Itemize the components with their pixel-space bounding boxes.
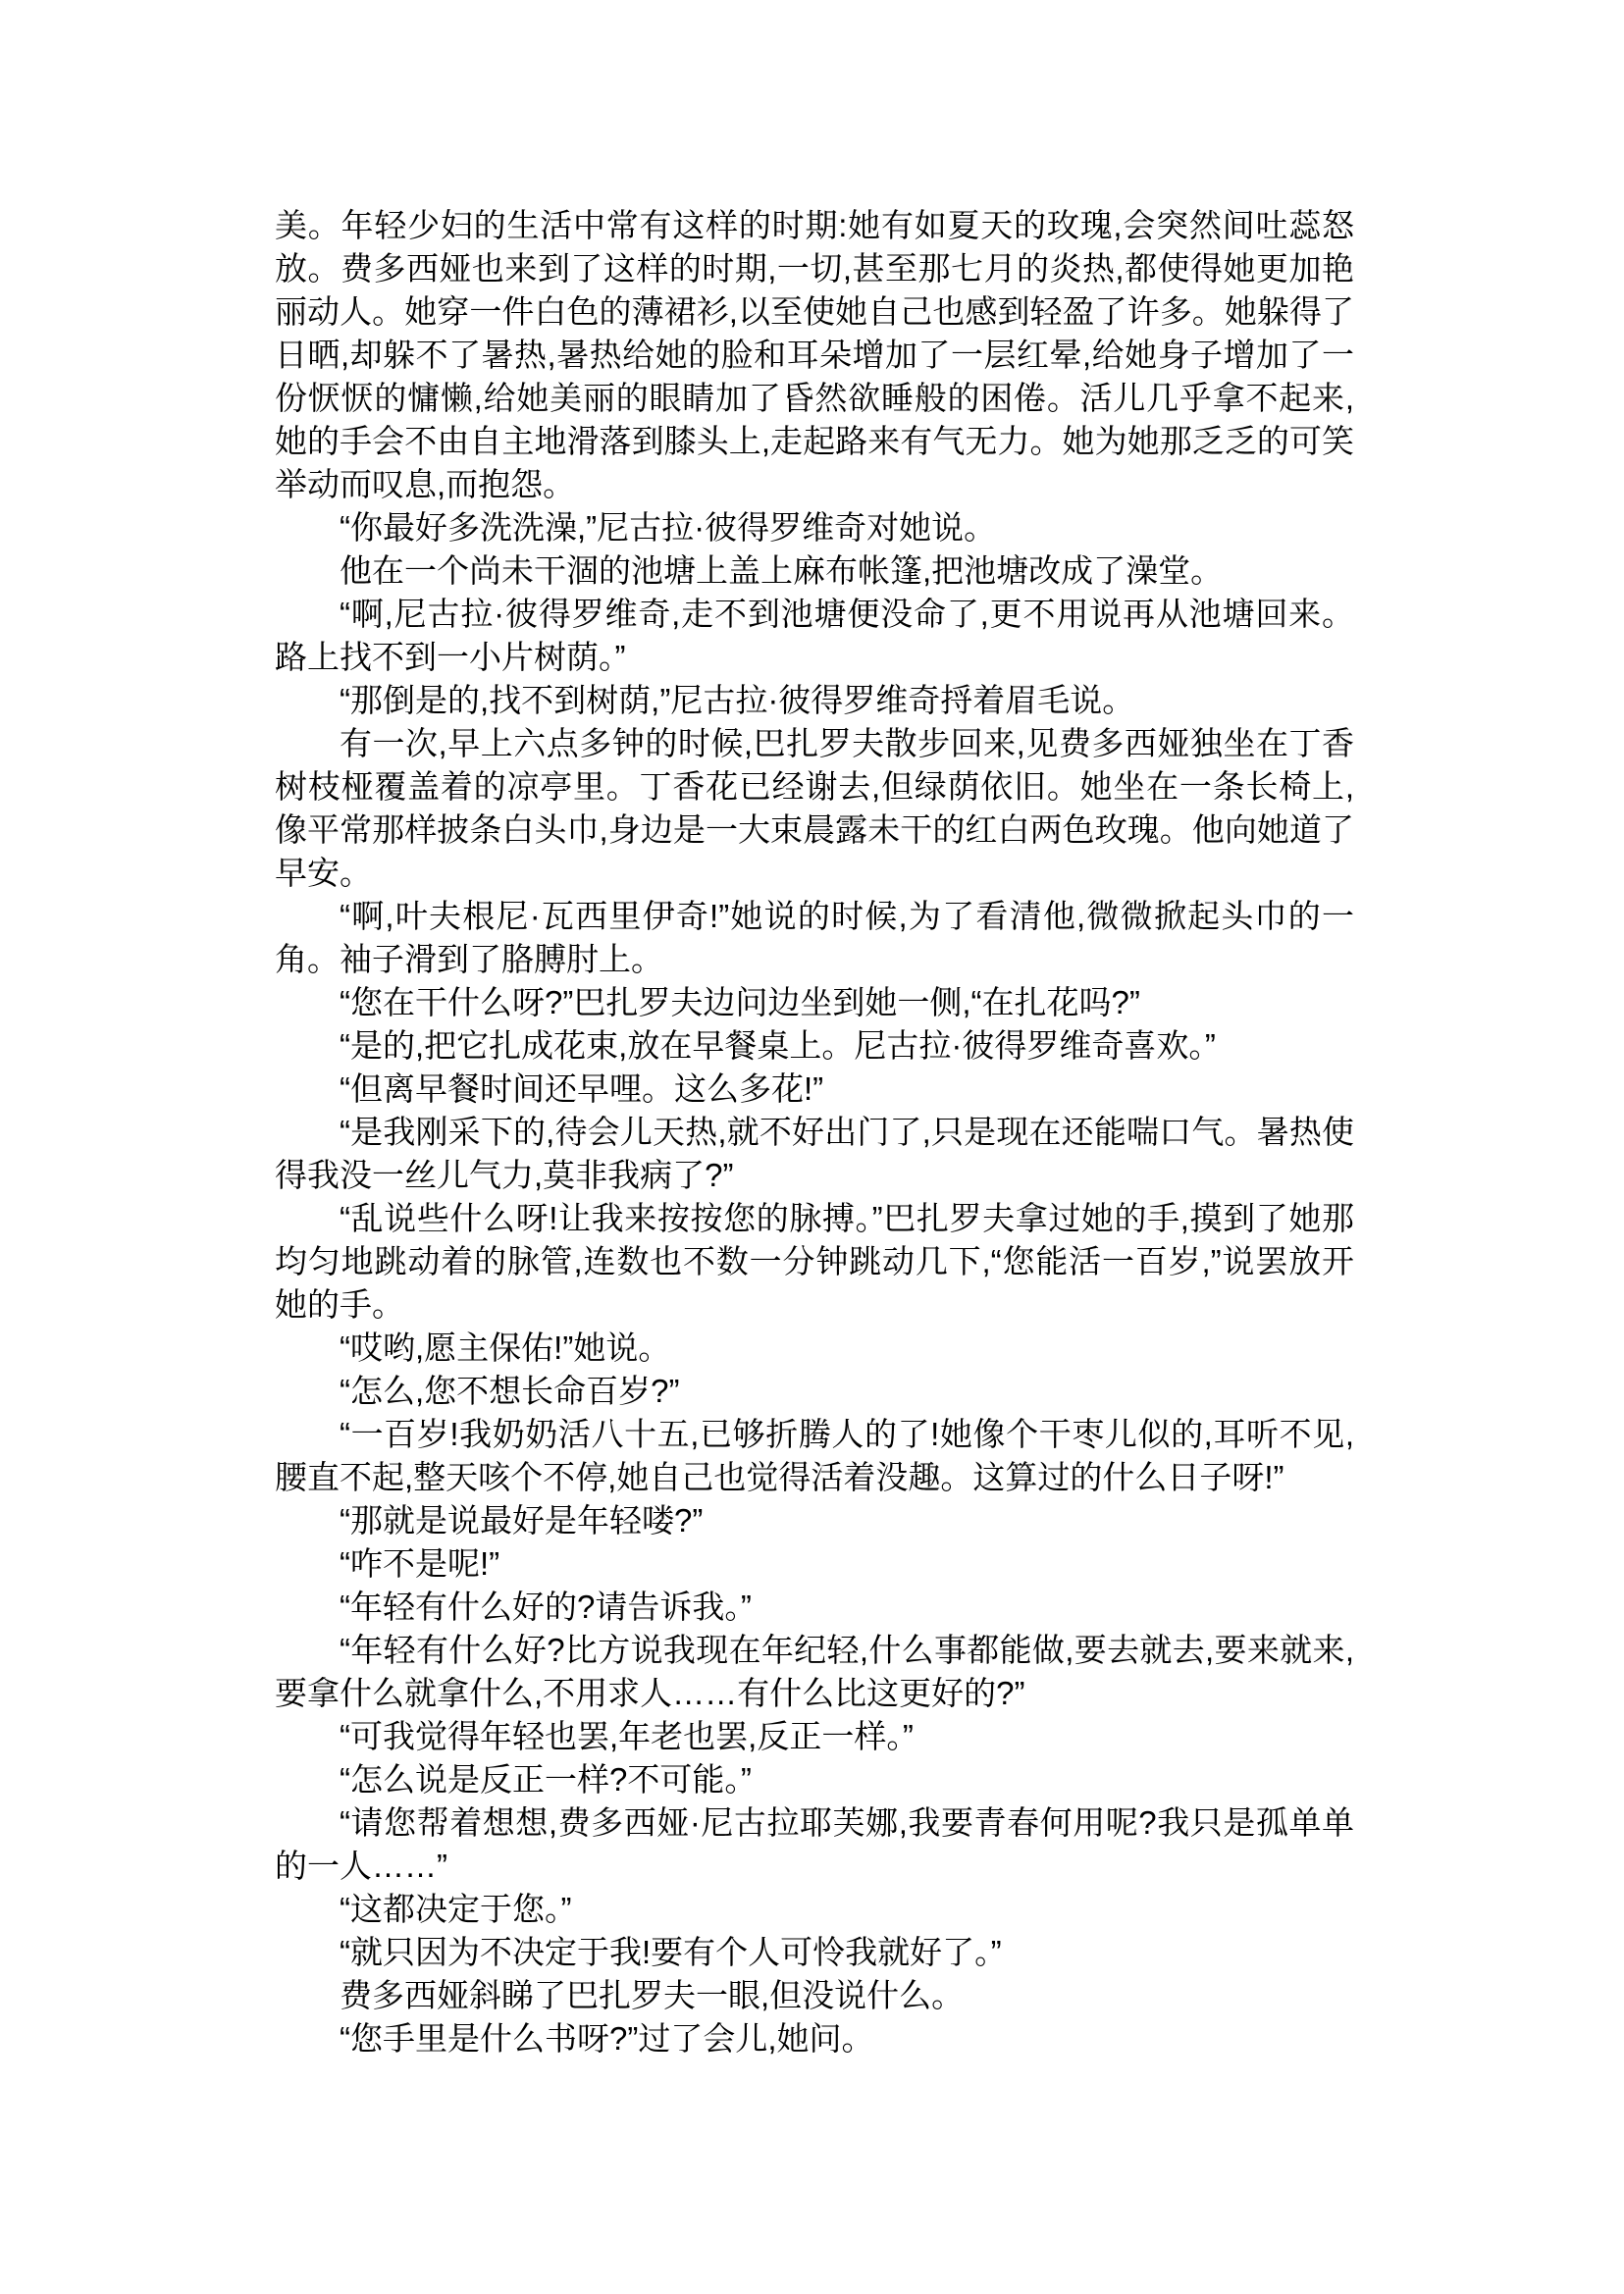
paragraph: “那倒是的,找不到树荫,”尼古拉·彼得罗维奇捋着眉毛说。	[275, 679, 1354, 722]
paragraph: “但离早餐时间还早哩。这么多花!”	[275, 1068, 1354, 1111]
paragraph: 美。年轻少妇的生活中常有这样的时期:她有如夏天的玫瑰,会突然间吐蕊怒放。费多西娅…	[275, 204, 1354, 506]
page-text: 美。年轻少妇的生活中常有这样的时期:她有如夏天的玫瑰,会突然间吐蕊怒放。费多西娅…	[275, 204, 1354, 2060]
paragraph: 他在一个尚未干涸的池塘上盖上麻布帐篷,把池塘改成了澡堂。	[275, 549, 1354, 593]
paragraph: 有一次,早上六点多钟的时候,巴扎罗夫散步回来,见费多西娅独坐在丁香树枝桠覆盖着的…	[275, 722, 1354, 895]
paragraph: “一百岁!我奶奶活八十五,已够折腾人的了!她像个干枣儿似的,耳听不见,腰直不起,…	[275, 1413, 1354, 1499]
paragraph: “乱说些什么呀!让我来按按您的脉搏。”巴扎罗夫拿过她的手,摸到了她那均匀地跳动着…	[275, 1197, 1354, 1327]
paragraph: “年轻有什么好的?请告诉我。”	[275, 1586, 1354, 1629]
paragraph: “怎么说是反正一样?不可能。”	[275, 1758, 1354, 1801]
paragraph: “请您帮着想想,费多西娅·尼古拉耶芙娜,我要青春何用呢?我只是孤单单的一人……”	[275, 1801, 1354, 1888]
paragraph: “你最好多洗洗澡,”尼古拉·彼得罗维奇对她说。	[275, 506, 1354, 549]
paragraph: “是的,把它扎成花束,放在早餐桌上。尼古拉·彼得罗维奇喜欢。”	[275, 1024, 1354, 1068]
paragraph: “是我刚采下的,待会儿天热,就不好出门了,只是现在还能喘口气。暑热使得我没一丝儿…	[275, 1111, 1354, 1197]
paragraph: “哎哟,愿主保佑!”她说。	[275, 1327, 1354, 1370]
book-page: 美。年轻少妇的生活中常有这样的时期:她有如夏天的玫瑰,会突然间吐蕊怒放。费多西娅…	[0, 0, 1624, 2294]
paragraph: “就只因为不决定于我!要有个人可怜我就好了。”	[275, 1931, 1354, 1974]
paragraph: “您手里是什么书呀?”过了会儿,她问。	[275, 2017, 1354, 2060]
paragraph: 费多西娅斜睇了巴扎罗夫一眼,但没说什么。	[275, 1974, 1354, 2017]
paragraph: “这都决定于您。”	[275, 1888, 1354, 1931]
paragraph: “怎么,您不想长命百岁?”	[275, 1370, 1354, 1413]
paragraph: “那就是说最好是年轻喽?”	[275, 1499, 1354, 1542]
paragraph: “可我觉得年轻也罢,年老也罢,反正一样。”	[275, 1715, 1354, 1758]
paragraph: “啊,叶夫根尼·瓦西里伊奇!”她说的时候,为了看清他,微微掀起头巾的一角。袖子滑…	[275, 895, 1354, 981]
paragraph: “年轻有什么好?比方说我现在年纪轻,什么事都能做,要去就去,要来就来,要拿什么就…	[275, 1629, 1354, 1715]
paragraph: “啊,尼古拉·彼得罗维奇,走不到池塘便没命了,更不用说再从池塘回来。路上找不到一…	[275, 593, 1354, 679]
paragraph: “您在干什么呀?”巴扎罗夫边问边坐到她一侧,“在扎花吗?”	[275, 981, 1354, 1024]
paragraph: “咋不是呢!”	[275, 1542, 1354, 1586]
